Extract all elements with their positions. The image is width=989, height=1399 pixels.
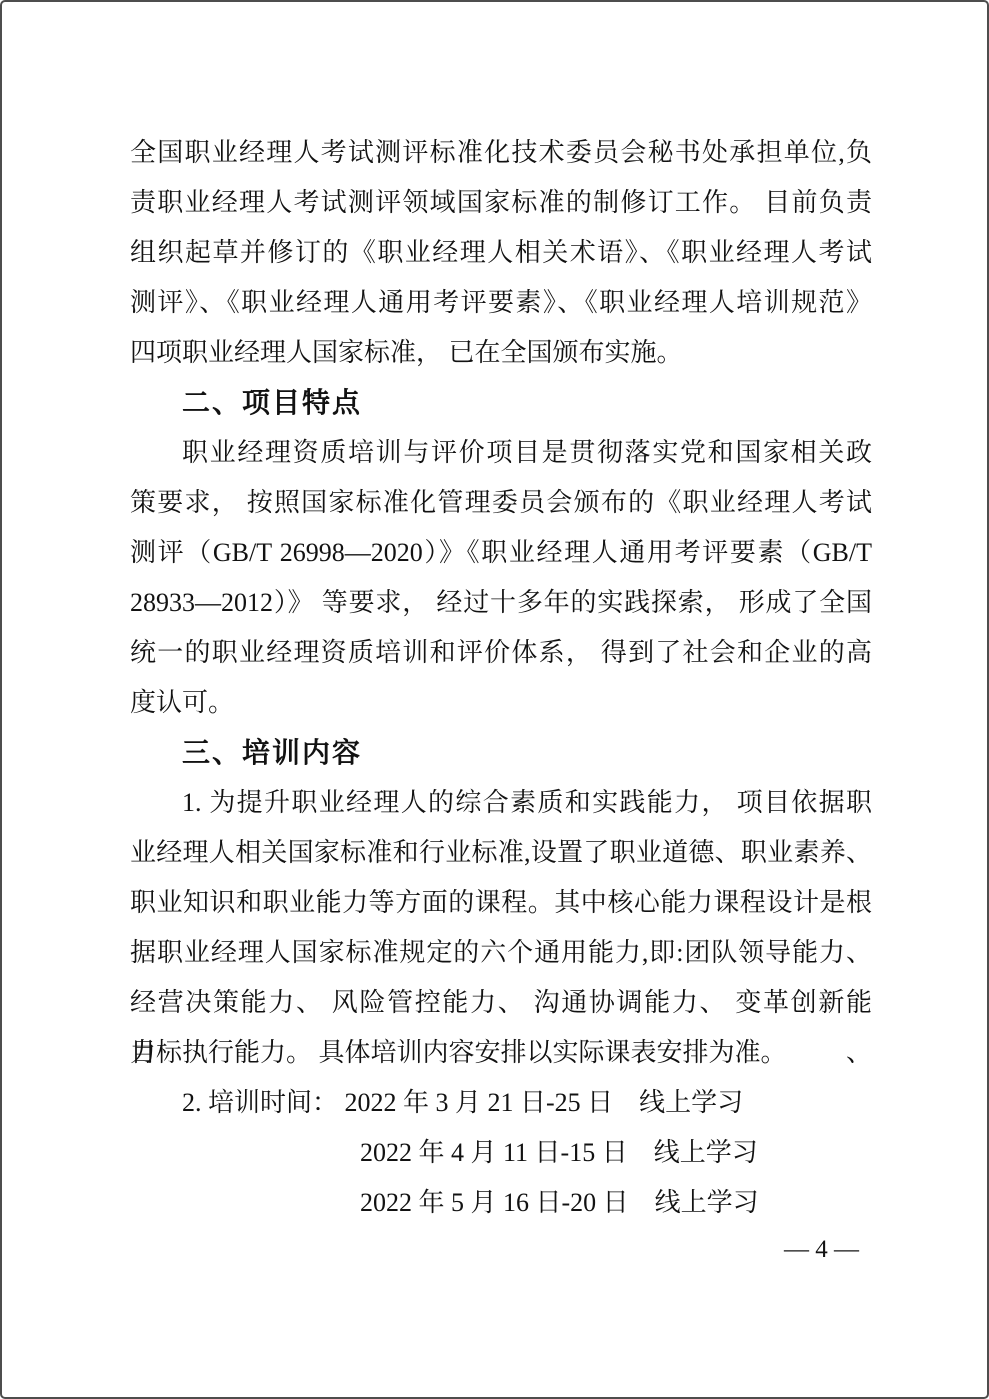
- document-viewport: 全国职业经理人考试测评标准化技术委员会秘书处承担单位,负 责职业经理人考试测评领…: [0, 0, 989, 1399]
- body-line: 四项职业经理人国家标准， 已在全国颁布实施。: [130, 328, 872, 378]
- body-line: 目标执行能力。 具体培训内容安排以实际课表安排为准。: [130, 1028, 872, 1078]
- body-line: 经营决策能力、 风险管控能力、 沟通协调能力、 变革创新能力、: [130, 978, 872, 1028]
- training-time-line: 2. 培训时间： 2022 年 3 月 21 日-25 日 线上学习: [130, 1078, 872, 1128]
- section-heading-features: 二、项目特点: [130, 378, 872, 428]
- body-line: 职业经理资质培训与评价项目是贯彻落实党和国家相关政: [130, 428, 872, 478]
- section-heading-training: 三、培训内容: [130, 728, 872, 778]
- page-content: 全国职业经理人考试测评标准化技术委员会秘书处承担单位,负 责职业经理人考试测评领…: [130, 128, 872, 1228]
- body-line: 1. 为提升职业经理人的综合素质和实践能力， 项目依据职: [130, 778, 872, 828]
- body-line: 业经理人相关国家标准和行业标准,设置了职业道德、职业素养、: [130, 828, 872, 878]
- body-line: 测评（GB/T 26998—2020）》《职业经理人通用考评要素（GB/T: [130, 528, 872, 578]
- body-line: 据职业经理人国家标准规定的六个通用能力,即:团队领导能力、: [130, 928, 872, 978]
- training-schedule-line: 2022 年 4 月 11 日-15 日 线上学习: [130, 1128, 872, 1178]
- body-line: 全国职业经理人考试测评标准化技术委员会秘书处承担单位,负: [130, 128, 872, 178]
- body-line: 测评》、《职业经理人通用考评要素》、《职业经理人培训规范》: [130, 278, 872, 328]
- body-line: 度认可。: [130, 678, 872, 728]
- body-line: 组织起草并修订的《职业经理人相关术语》、《职业经理人考试: [130, 228, 872, 278]
- training-schedule-line: 2022 年 5 月 16 日-20 日 线上学习: [130, 1178, 872, 1228]
- document-page: 全国职业经理人考试测评标准化技术委员会秘书处承担单位,负 责职业经理人考试测评领…: [0, 0, 989, 1399]
- body-line: 统一的职业经理资质培训和评价体系， 得到了社会和企业的高: [130, 628, 872, 678]
- body-line: 责职业经理人考试测评领域国家标准的制修订工作。 目前负责: [130, 178, 872, 228]
- body-line: 28933—2012）》 等要求， 经过十多年的实践探索， 形成了全国: [130, 578, 872, 628]
- body-line: 策要求， 按照国家标准化管理委员会颁布的《职业经理人考试: [130, 478, 872, 528]
- body-line: 职业知识和职业能力等方面的课程。其中核心能力课程设计是根: [130, 878, 872, 928]
- page-number: — 4 —: [784, 1235, 859, 1265]
